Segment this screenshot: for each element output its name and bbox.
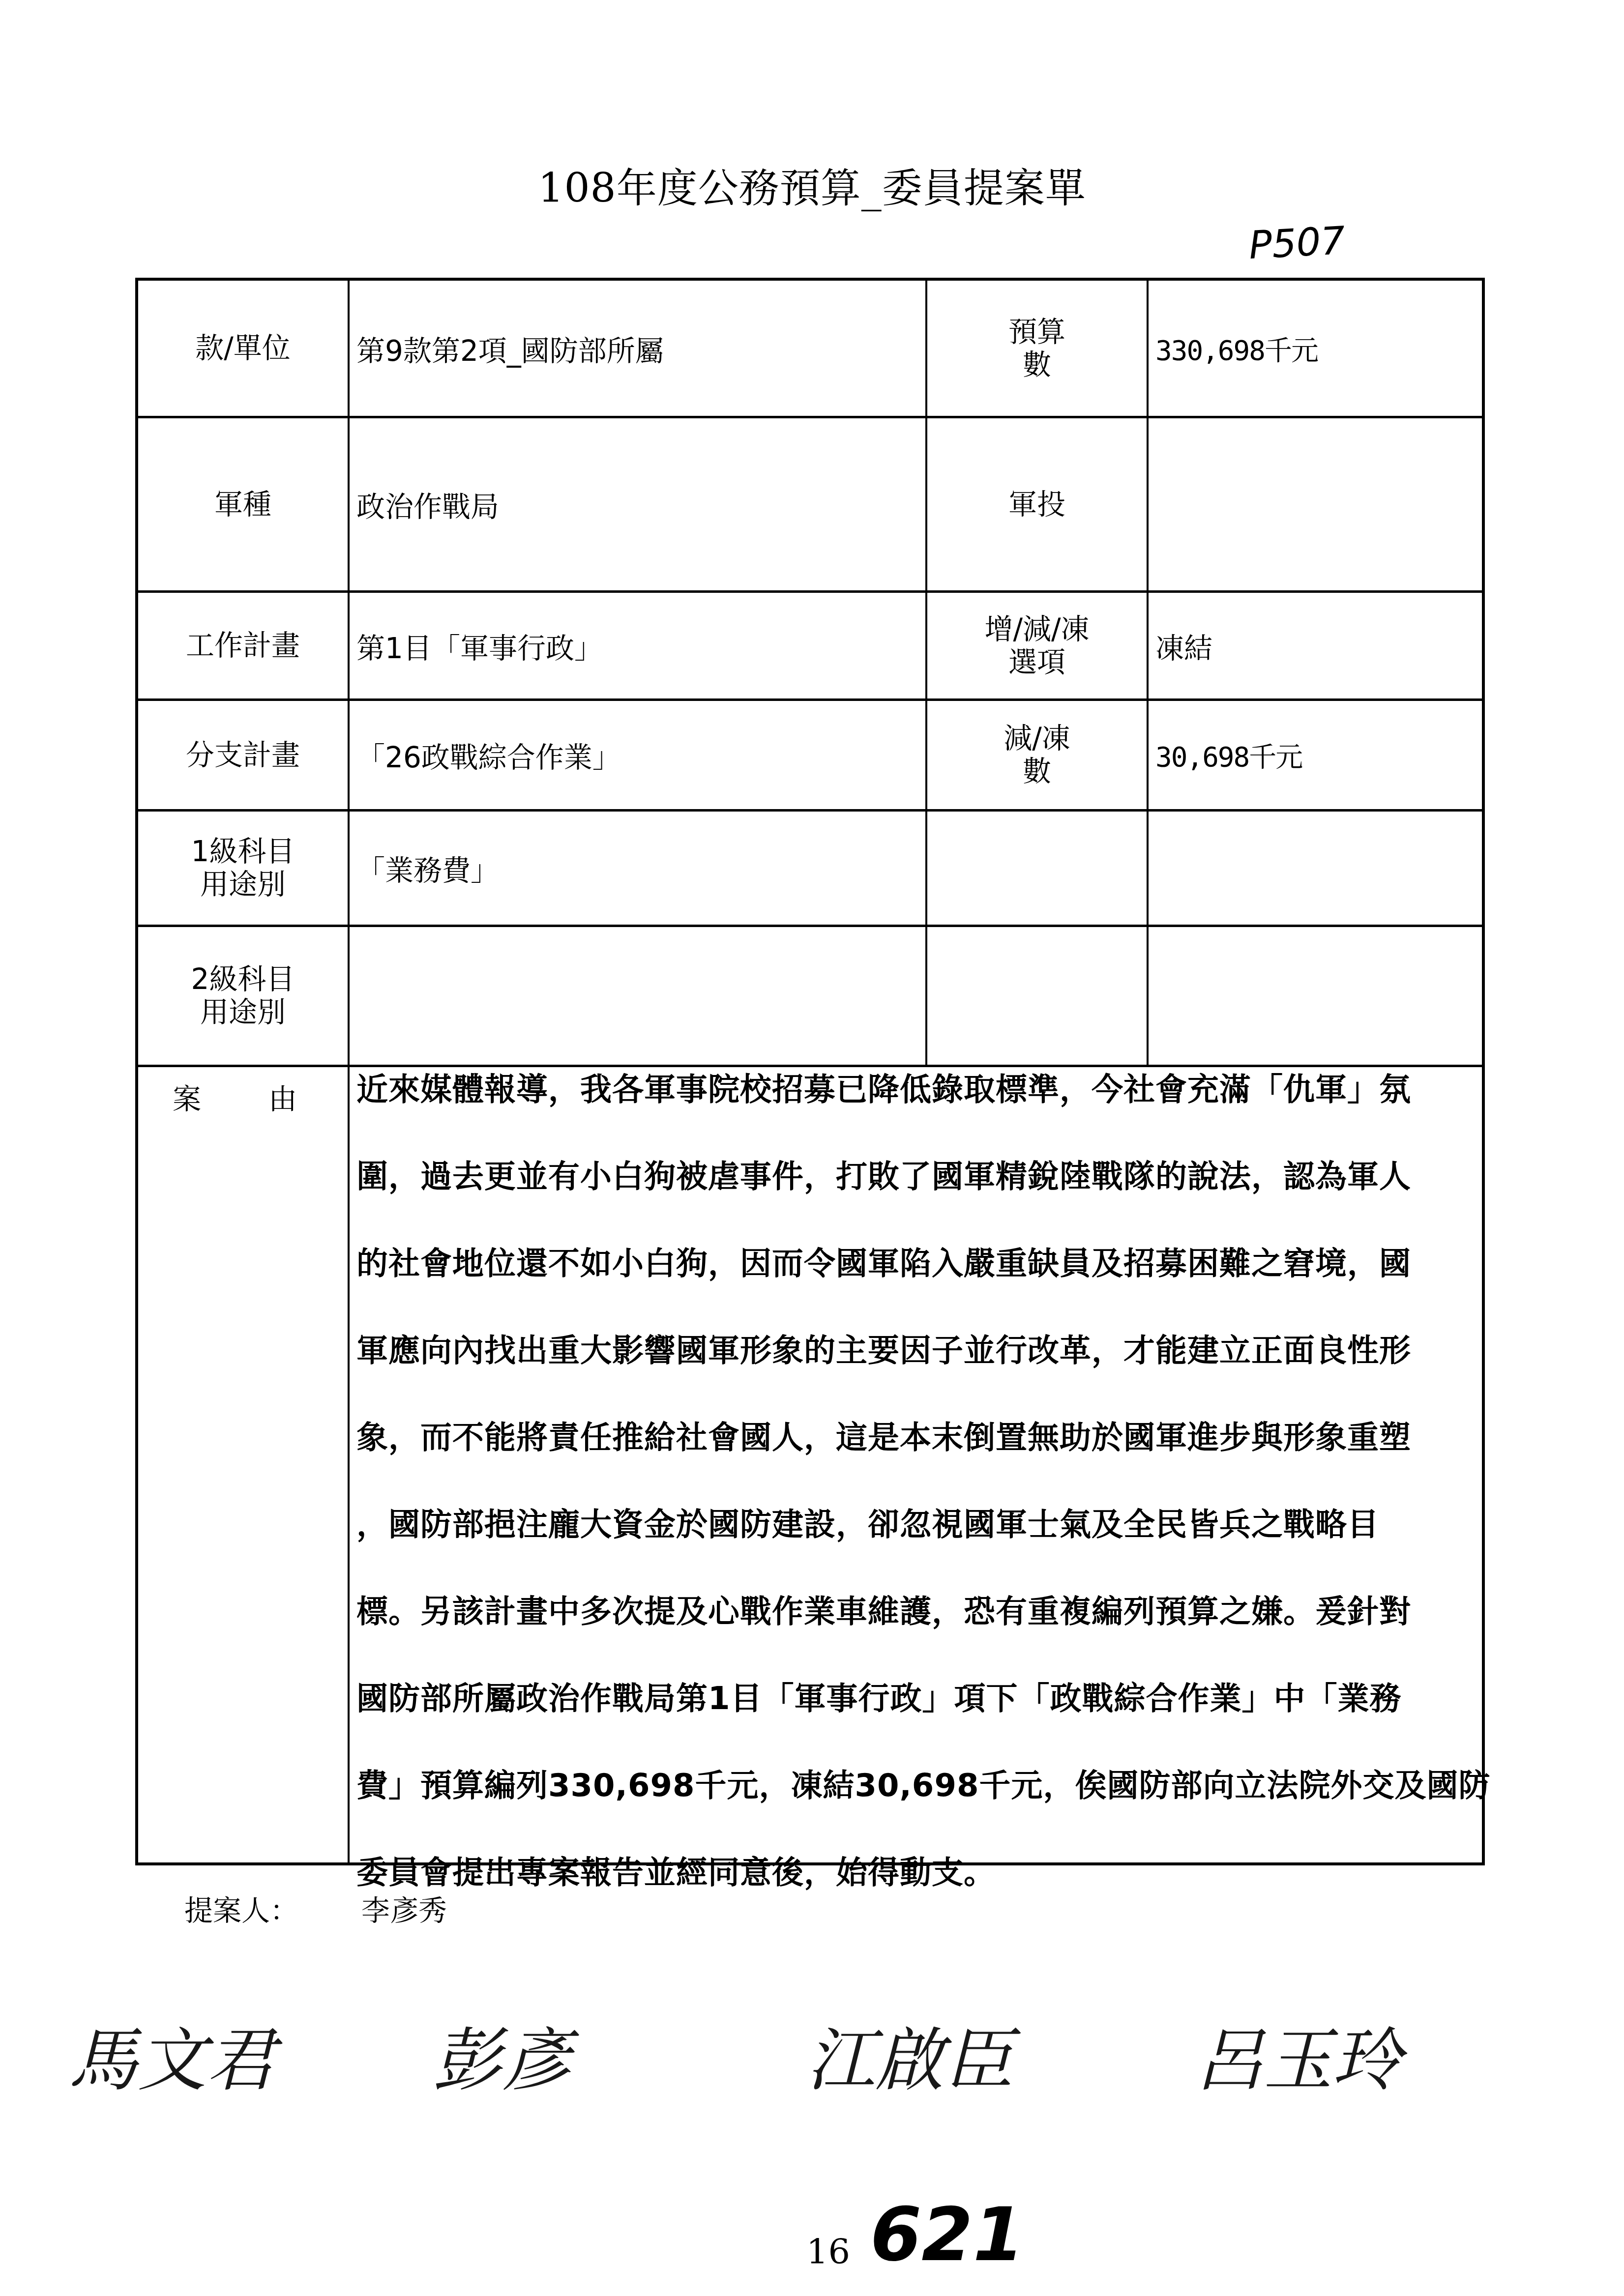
- label-adjust-option: 增/減/凍選項: [927, 593, 1149, 698]
- reason-line: 標。另該計畫中多次提及心戰作業車維護，恐有重複編列預算之嫌。爰針對: [356, 1592, 1475, 1679]
- label-level1-subject: 1級科目用途別: [138, 812, 350, 925]
- reason-line: 費」預算編列330,698千元，凍結30,698千元，俟國防部向立法院外交及國防: [356, 1766, 1475, 1853]
- value-work-plan: 第1目「軍事行政」: [350, 593, 927, 698]
- value-sub-plan: 「26政戰綜合作業」: [350, 701, 927, 809]
- reason-line: 圍，過去更並有小白狗被虐事件，打敗了國軍精銳陸戰隊的說法，認為軍人: [356, 1157, 1475, 1244]
- reason-line: 象，而不能將責任推給社會國人，這是本末倒置無助於國軍進步與形象重塑: [356, 1418, 1475, 1505]
- cosigner-signature: 江啟臣: [806, 2005, 1013, 2104]
- reason-line: ，國防部挹注龐大資金於國防建設，卻忽視國軍士氣及全民皆兵之戰略目: [356, 1505, 1475, 1592]
- label-sub-plan: 分支計畫: [138, 701, 350, 809]
- label-level2-subject: 2級科目用途別: [138, 927, 350, 1065]
- value-level1-subject: 「業務費」: [350, 812, 927, 925]
- label-budget-amount: 預算數: [927, 281, 1149, 416]
- blank-cell: [1149, 812, 1482, 925]
- proposer-name: 李彥秀: [361, 1888, 447, 1929]
- form-row-level2-subject: 2級科目用途別: [138, 927, 1482, 1067]
- cosigner-signature: 馬文君: [69, 2005, 275, 2104]
- handwritten-page-number: 621: [870, 2192, 1024, 2278]
- value-unit: 第9款第2項_國防部所屬: [350, 281, 927, 416]
- label-reduce-freeze-amount: 減/凍數: [927, 701, 1149, 809]
- label-work-plan: 工作計畫: [138, 593, 350, 698]
- value-budget-amount: 330,698千元: [1149, 281, 1482, 416]
- reason-line: 軍應向內找出重大影響國軍形象的主要因子並行改革，才能建立正面良性形: [356, 1331, 1475, 1418]
- cosigner-signature: 彭彥: [433, 2005, 570, 2104]
- form-row-sub-plan: 分支計畫 「26政戰綜合作業」 減/凍數 30,698千元: [138, 701, 1482, 812]
- proposer-label: 提案人：: [184, 1888, 298, 1929]
- value-military-investment: [1149, 418, 1482, 590]
- value-adjust-option: 凍結: [1149, 593, 1482, 698]
- cosigner-signature: 呂玉玲: [1195, 2005, 1401, 2104]
- value-level2-subject: [350, 927, 927, 1065]
- proposal-form-table: 款/單位 第9款第2項_國防部所屬 預算數 330,698千元 軍種 政治作戰局…: [135, 278, 1485, 1865]
- label-military-investment: 軍投: [927, 418, 1149, 590]
- reason-line: 委員會提出專案報告並經同意後，始得動支。: [356, 1853, 1475, 1940]
- label-unit: 款/單位: [138, 281, 350, 416]
- form-row-level1-subject: 1級科目用途別 「業務費」: [138, 812, 1482, 927]
- blank-cell: [927, 927, 1149, 1065]
- document-title: 108年度公務預算_委員提案單: [0, 156, 1624, 214]
- form-row-work-plan: 工作計畫 第1目「軍事行政」 增/減/凍選項 凍結: [138, 593, 1482, 701]
- form-row-reason: 案 由 近來媒體報導，我各軍事院校招募已降低錄取標準，今社會充滿「仇軍」氛 圍，…: [138, 1067, 1482, 1862]
- reason-line: 近來媒體報導，我各軍事院校招募已降低錄取標準，今社會充滿「仇軍」氛: [356, 1070, 1475, 1157]
- blank-cell: [1149, 927, 1482, 1065]
- reason-line: 國防部所屬政治作戰局第1目「軍事行政」項下「政戰綜合作業」中「業務: [356, 1679, 1475, 1766]
- form-row-service: 軍種 政治作戰局 軍投: [138, 418, 1482, 593]
- page-number: 16: [806, 2232, 850, 2272]
- reason-text: 近來媒體報導，我各軍事院校招募已降低錄取標準，今社會充滿「仇軍」氛 圍，過去更並…: [350, 1067, 1482, 1862]
- value-reduce-freeze-amount: 30,698千元: [1149, 701, 1482, 809]
- blank-cell: [927, 812, 1149, 925]
- handwritten-annotation: P507: [1248, 219, 1346, 268]
- form-row-unit: 款/單位 第9款第2項_國防部所屬 預算數 330,698千元: [138, 281, 1482, 418]
- value-service-branch: 政治作戰局: [350, 418, 927, 590]
- label-service-branch: 軍種: [138, 418, 350, 590]
- label-reason: 案 由: [138, 1067, 350, 1862]
- reason-line: 的社會地位還不如小白狗，因而令國軍陷入嚴重缺員及招募困難之窘境，國: [356, 1244, 1475, 1331]
